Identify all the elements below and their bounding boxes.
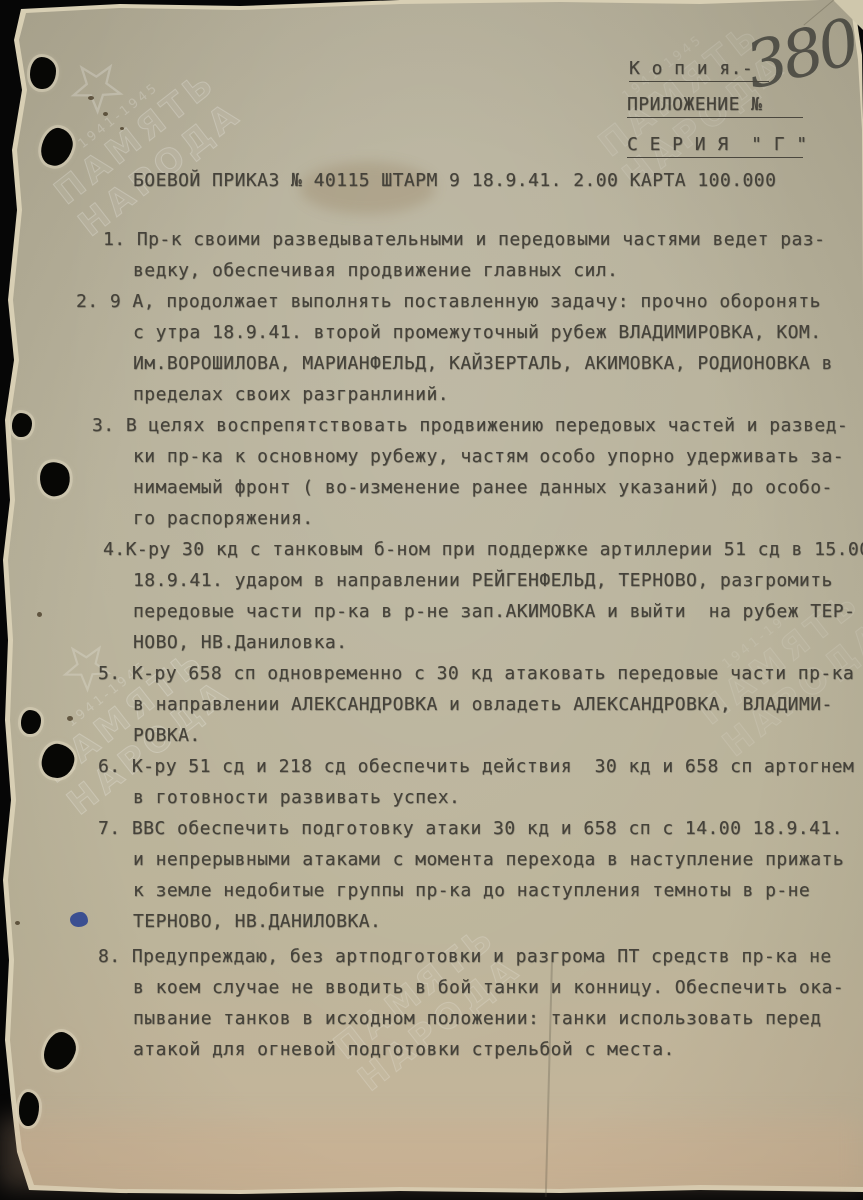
paragraph-3-line: го распоряжения. bbox=[133, 503, 863, 534]
paragraph-4-line: передовые части пр-ка в р-не зап.АКИМОВК… bbox=[133, 596, 863, 627]
paragraph-5-line: 5. К-ру 658 сп одновременно с 30 кд атак… bbox=[98, 658, 863, 689]
paragraph-2-line: с утра 18.9.41. второй промежуточный руб… bbox=[133, 317, 863, 348]
paragraph-7-line: 7. ВВС обеспечить подготовку атаки 30 кд… bbox=[98, 813, 863, 844]
paragraph-6-line: в готовности развивать успех. bbox=[133, 782, 863, 813]
paragraph-7-line: к земле недобитые группы пр-ка до наступ… bbox=[133, 875, 863, 906]
document-title: БОЕВОЙ ПРИКАЗ № 40115 ШТАРМ 9 18.9.41. 2… bbox=[133, 170, 776, 191]
stamp-copy: К о п и я.- bbox=[629, 58, 769, 82]
paper-stain bbox=[0, 1118, 863, 1188]
paragraph-8-line: 8. Предупреждаю, без артподготовки и раз… bbox=[98, 941, 863, 972]
paragraph-3-line: 3. В целях воспрепятствовать продвижению… bbox=[92, 410, 863, 441]
paragraph-8-line: пывание танков в исходном положении: тан… bbox=[133, 1003, 863, 1034]
paragraph-8-line: в коем случае не вводить в бой танки и к… bbox=[133, 972, 863, 1003]
paragraph-4-line: НОВО, НВ.Даниловка. bbox=[133, 627, 863, 658]
paragraph-5-line: в направлении АЛЕКСАНДРОВКА и овладеть А… bbox=[133, 689, 863, 720]
paragraph-7-line: ТЕРНОВО, НВ.ДАНИЛОВКА. bbox=[133, 906, 863, 937]
ink-speck bbox=[88, 96, 94, 100]
paragraph-7-line: и непрерывными атаками с момента переход… bbox=[133, 844, 863, 875]
paragraph-8-line: атакой для огневой подготовки стрельбой … bbox=[133, 1034, 863, 1065]
paragraph-2-line: Им.ВОРОШИЛОВА, МАРИАНФЕЛЬД, КАЙЗЕРТАЛЬ, … bbox=[133, 348, 863, 379]
stamp-series: С Е Р И Я " Г " bbox=[627, 134, 803, 158]
paragraph-1-line: 1. Пр-к своими разведывательными и перед… bbox=[103, 224, 863, 255]
paragraph-6-line: 6. К-ру 51 сд и 218 сд обеспечить действ… bbox=[98, 751, 863, 782]
paragraph-3-line: ки пр-ка к основному рубежу, частям особ… bbox=[133, 441, 863, 472]
paragraph-4-line: 18.9.41. ударом в направлении РЕЙГЕНФЕЛЬ… bbox=[133, 565, 863, 596]
document-scan: 1941-1945 ПАМЯТЬ НАРОДА 1941-1945 ПАМЯТЬ… bbox=[0, 0, 863, 1200]
stamp-attachment: ПРИЛОЖЕНИЕ № bbox=[627, 94, 803, 118]
order-body: 1. Пр-к своими разведывательными и перед… bbox=[0, 224, 863, 1065]
paragraph-2-line: 2. 9 А, продолжает выполнять поставленну… bbox=[76, 286, 863, 317]
paragraph-4-line: 4.К-ру 30 кд с танковым б-ном при поддер… bbox=[103, 534, 863, 565]
paragraph-5-line: РОВКА. bbox=[133, 720, 863, 751]
paragraph-2-line: пределах своих разгранлиний. bbox=[133, 379, 863, 410]
paragraph-3-line: нимаемый фронт ( во-изменение ранее данн… bbox=[133, 472, 863, 503]
paragraph-1-line: ведку, обеспечивая продвижение главных с… bbox=[133, 255, 863, 286]
ink-speck bbox=[103, 112, 108, 116]
ink-speck bbox=[120, 127, 124, 130]
